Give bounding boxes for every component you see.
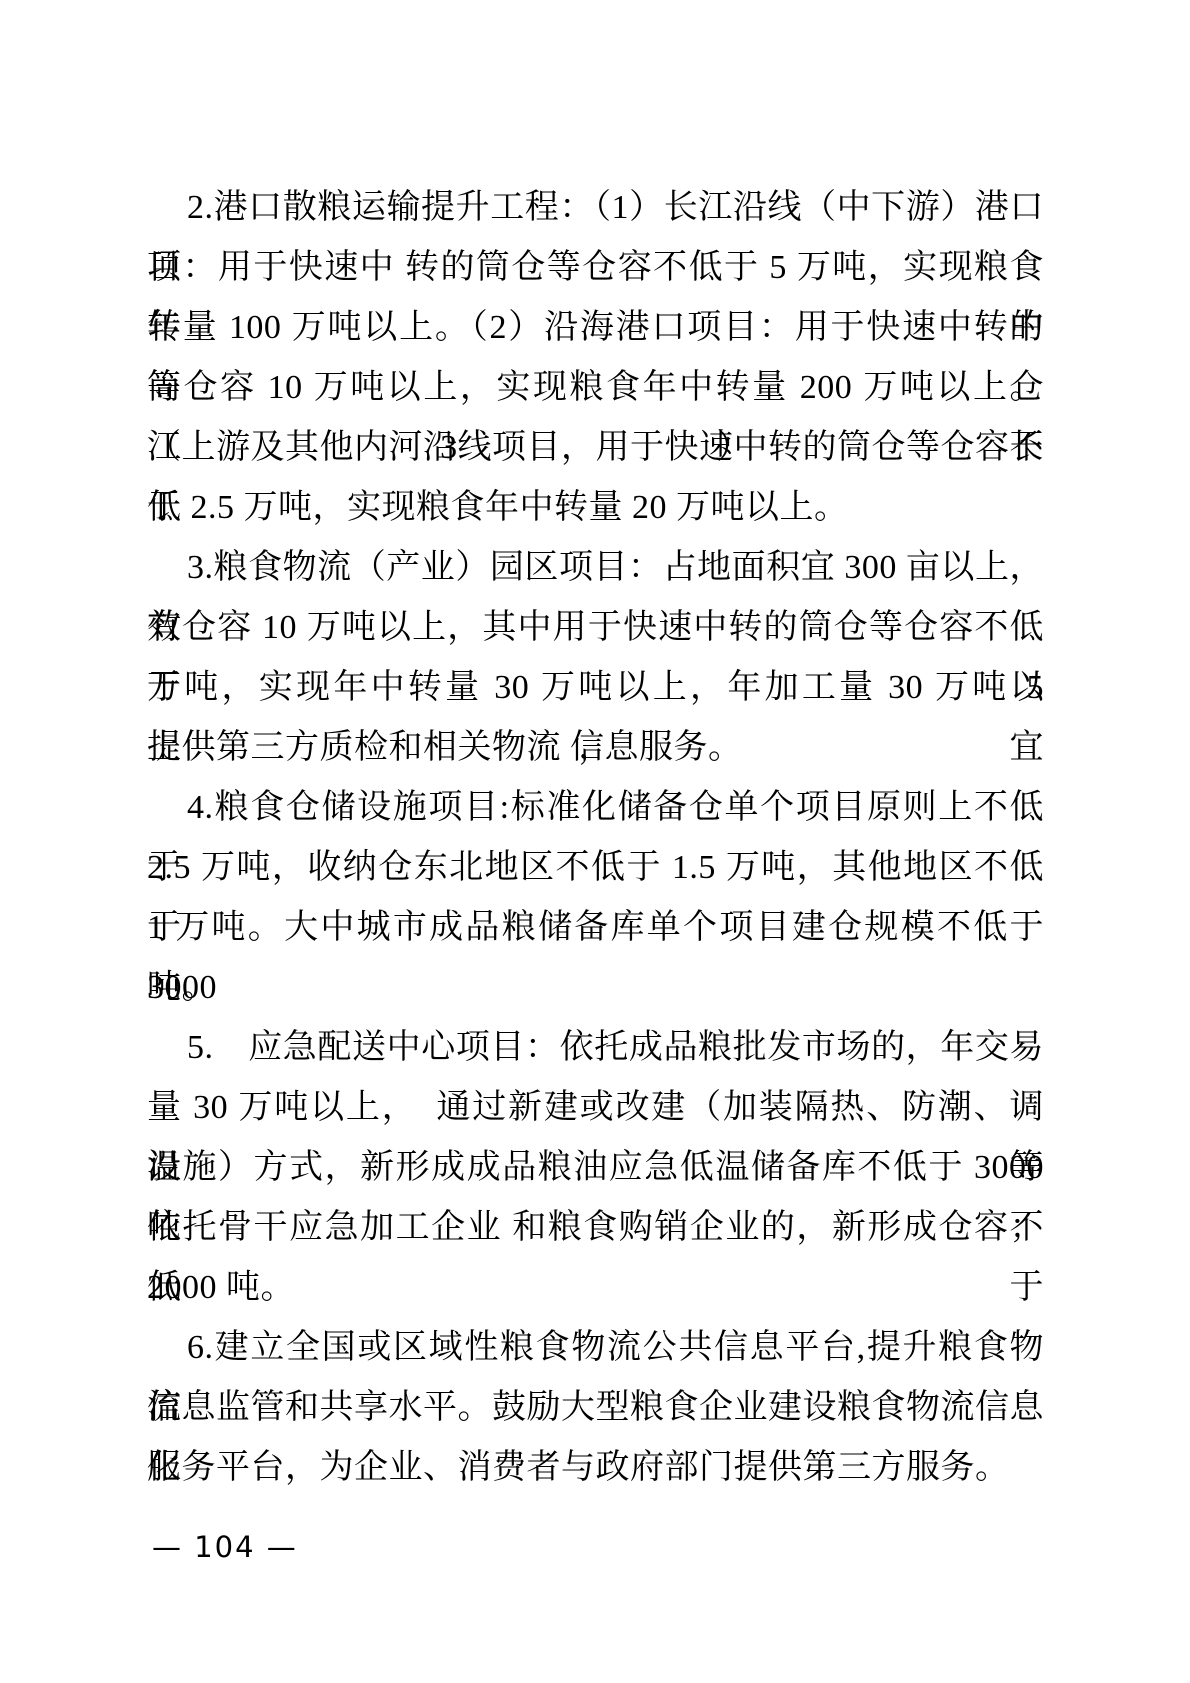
text-line: 万吨，实现年中转量 30 万吨以上，年加工量 30 万吨以上，宜: [147, 658, 1044, 718]
document-body: 2.港口散粮运输提升工程：（1）长江沿线（中下游）港口项 目：用于快速中 转的筒…: [147, 178, 1044, 1498]
text-line: 江上游及其他内河沿线项目，用于快速中转的筒仓等仓容不低: [147, 418, 1044, 478]
text-line: 转量 100 万吨以上。（2）沿海港口项目：用于快速中转的筒仓: [147, 298, 1044, 358]
page-number: — 104 —: [152, 1530, 298, 1564]
text-line: 2.港口散粮运输提升工程：（1）长江沿线（中下游）港口项: [147, 178, 1044, 238]
text-line: 效仓容 10 万吨以上，其中用于快速中转的筒仓等仓容不低于 5: [147, 598, 1044, 658]
text-line: 5. 应急配送中心项目：依托成品粮批发市场的，年交易: [147, 1018, 1044, 1078]
text-line: 4.粮食仓储设施项目:标准化储备仓单个项目原则上不低于: [147, 778, 1044, 838]
text-line: 服务平台，为企业、消费者与政府部门提供第三方服务。: [147, 1438, 1044, 1498]
paragraph-item-4: 4.粮食仓储设施项目:标准化储备仓单个项目原则上不低于 2.5 万吨，收纳仓东北…: [147, 778, 1044, 1018]
text-line: 信息监管和共享水平。鼓励大型粮食企业建设粮食物流信息化: [147, 1378, 1044, 1438]
paragraph-item-5: 5. 应急配送中心项目：依托成品粮批发市场的，年交易 量 30 万吨以上， 通过…: [147, 1018, 1044, 1318]
paragraph-item-6: 6.建立全国或区域性粮食物流公共信息平台,提升粮食物流 信息监管和共享水平。鼓励…: [147, 1318, 1044, 1498]
text-line: 2.5 万吨，收纳仓东北地区不低于 1.5 万吨，其他地区不低于: [147, 838, 1044, 898]
text-line: 设施）方式，新形成成品粮油应急低温储备库不低于 3000 吨；: [147, 1138, 1044, 1198]
text-line: 等仓容 10 万吨以上，实现粮食年中转量 200 万吨以上。（3）长: [147, 358, 1044, 418]
text-line: 6.建立全国或区域性粮食物流公共信息平台,提升粮食物流: [147, 1318, 1044, 1378]
text-line: 量 30 万吨以上， 通过新建或改建（加装隔热、防潮、调温等: [147, 1078, 1044, 1138]
text-line: 3.粮食物流（产业）园区项目：占地面积宜 300 亩以上，有: [147, 538, 1044, 598]
text-line: 目：用于快速中 转的筒仓等仓容不低于 5 万吨，实现粮食年中: [147, 238, 1044, 298]
text-line: 1 万吨。大中城市成品粮储备库单个项目建仓规模不低于 3000: [147, 898, 1044, 958]
text-line: 依托骨干应急加工企业 和粮食购销企业的，新形成仓容不低于: [147, 1198, 1044, 1258]
paragraph-item-2: 2.港口散粮运输提升工程：（1）长江沿线（中下游）港口项 目：用于快速中 转的筒…: [147, 178, 1044, 538]
text-line: 于 2.5 万吨，实现粮食年中转量 20 万吨以上。: [147, 478, 1044, 538]
document-page: 2.港口散粮运输提升工程：（1）长江沿线（中下游）港口项 目：用于快速中 转的筒…: [0, 0, 1190, 1683]
text-line: 吨。: [147, 958, 1044, 1018]
paragraph-item-3: 3.粮食物流（产业）园区项目：占地面积宜 300 亩以上，有 效仓容 10 万吨…: [147, 538, 1044, 778]
